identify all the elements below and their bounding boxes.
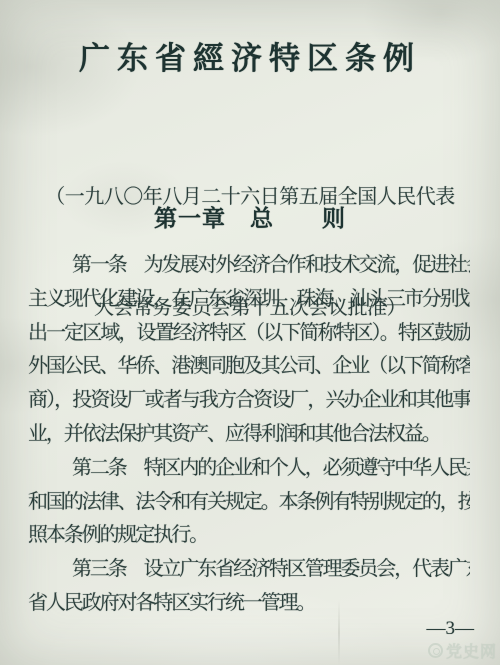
- article-1-line-3: 出一定区域，设置经济特区（以下简称特区）。特区鼓励: [28, 317, 470, 351]
- article-2-line-3: 照本条例的规定执行。: [28, 519, 470, 553]
- page-number: —3—: [427, 618, 475, 640]
- article-2-line-1: 第二条 特区内的企业和个人，必须遵守中华人民共: [28, 452, 470, 486]
- article-1-line-2: 主义现代化建设，在广东省深圳、珠海、汕头三市分别划: [28, 283, 470, 317]
- watermark-text: 党史网: [446, 639, 497, 662]
- document-page: 广东省經济特区条例 （一九八〇年八月二十六日第五届全国人民代表 大会常务委员会第…: [0, 0, 500, 665]
- article-1-line-5: 商），投资设厂或者与我方合资设厂，兴办企业和其他事: [28, 384, 470, 418]
- article-2-line-2: 和国的法律、法令和有关规定。本条例有特别规定的，按: [28, 486, 470, 520]
- document-title: 广东省經济特区条例: [0, 33, 500, 78]
- article-1-line-6: 业，并依法保护其资产、应得利润和其他合法权益。: [28, 418, 470, 452]
- watermark-logo-icon: [428, 643, 443, 658]
- article-3-line-2: 省人民政府对各特区实行统一管理。: [28, 587, 470, 621]
- article-1-line-4: 外国公民、华侨、港澳同胞及其公司、企业（以下简称客: [28, 350, 470, 384]
- article-1-line-1: 第一条 为发展对外经济合作和技术交流，促进社会: [28, 249, 470, 283]
- document-body: 第一条 为发展对外经济合作和技术交流，促进社会主义现代化建设，在广东省深圳、珠海…: [28, 249, 470, 621]
- watermark: 党史网: [428, 639, 497, 662]
- chapter-heading: 第一章 总 则: [0, 200, 500, 233]
- article-3-line-1: 第三条 设立广东省经济特区管理委员会，代表广东: [28, 553, 470, 587]
